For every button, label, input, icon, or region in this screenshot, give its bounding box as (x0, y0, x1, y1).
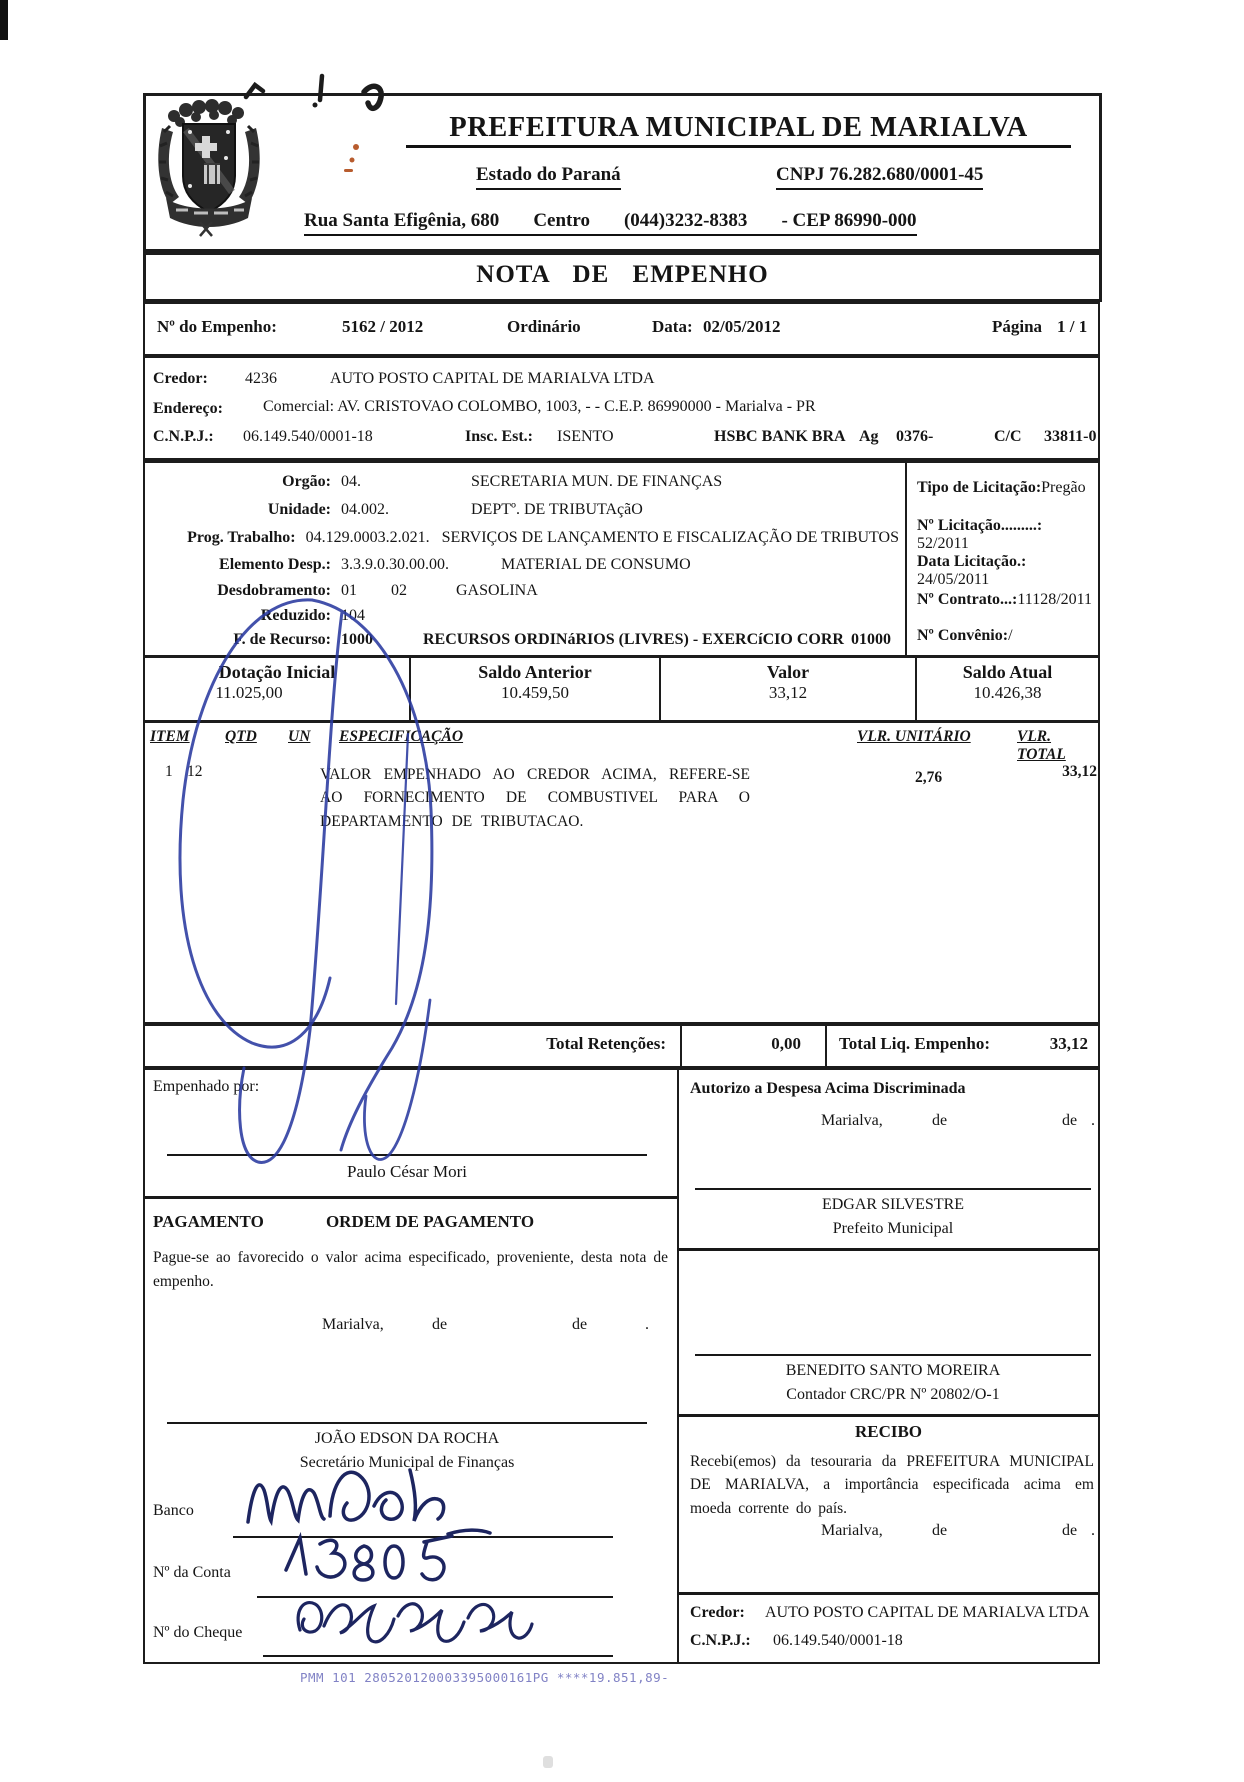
empenho-tipo: Ordinário (507, 317, 581, 337)
credor-nome: AUTO POSTO CAPITAL DE MARIALVA LTDA (330, 370, 655, 388)
licitacao-valor: Pregão (1041, 479, 1085, 496)
classificacao-codigo: 3.3.9.0.30.00.00. (341, 556, 501, 574)
credor-endereco-label: Endereço: (153, 400, 223, 418)
saldo-valor: 10.426,38 (917, 683, 1098, 703)
saldo-header: Dotação Inicial (145, 662, 409, 683)
credor-label: Credor: (153, 370, 208, 388)
item-especificacao: VALOR EMPENHADO AO CREDOR ACIMA, REFERE-… (320, 763, 750, 833)
data-blank-ponto: . (1091, 1522, 1095, 1540)
saldos-box: Dotação Inicial 11.025,00 Saldo Anterior… (143, 656, 1100, 722)
saldo-valor: 33,12 (661, 683, 915, 703)
recibo-credor-nome: AUTO POSTO CAPITAL DE MARIALVA LTDA (765, 1604, 1090, 1622)
pagamento-secao-label: PAGAMENTO (153, 1212, 264, 1232)
prefeito-nome: EDGAR SILVESTRE (695, 1196, 1091, 1214)
licitacao-item: Nº Convênio:/ (917, 627, 1013, 645)
saldo-col-atual: Saldo Atual 10.426,38 (917, 658, 1098, 720)
saldo-header: Saldo Atual (917, 662, 1098, 683)
saldo-col-valor: Valor 33,12 (661, 658, 917, 720)
totais-retencoes-label-cell: Total Retenções: (145, 1026, 680, 1066)
empenho-pagina: 1 / 1 (1057, 317, 1087, 337)
saldo-valor: 11.025,00 (117, 683, 381, 703)
credor-banco: HSBC BANK BRA (714, 428, 846, 446)
coat-of-arms-logo (152, 98, 266, 238)
classificacao-descricao: GASOLINA (456, 582, 538, 600)
classificacao-row: Orgão: 04. SECRETARIA MUN. DE FINANÇAS (149, 473, 899, 491)
classificacao-descricao: DEPTº. DE TRIBUTAçãO (471, 501, 643, 519)
empenho-numero-label: Nº do Empenho: (157, 317, 277, 337)
col-header-vlr-total: VLR. TOTAL (1017, 728, 1098, 764)
licitacao-label: Data Licitação.: (917, 553, 1026, 570)
licitacao-divider (905, 463, 907, 655)
totais-liquido-cell: Total Liq. Empenho: 33,12 (825, 1026, 1098, 1066)
licitacao-item: Tipo de Licitação:Pregão (917, 479, 1086, 497)
empenho-numero: 5162 / 2012 (342, 317, 423, 337)
credor-cc-label: C/C (994, 428, 1022, 446)
cheque-label: Nº do Cheque (153, 1624, 242, 1642)
item-qtd: 12 (187, 763, 203, 781)
classificacao-codigo: 04.129.0003.2.021. (306, 529, 430, 547)
classificacao-box: Orgão: 04. SECRETARIA MUN. DE FINANÇAS U… (143, 460, 1100, 657)
classificacao-label: Desdobramento: (149, 582, 331, 600)
cidade-label: Marialva, (821, 1522, 883, 1540)
assinatura-linha-contador (695, 1354, 1091, 1356)
classificacao-codigo: 104 (341, 607, 365, 625)
classificacao-label: F. de Recurso: (149, 631, 331, 649)
data-blank-de: de (1062, 1112, 1077, 1130)
pagamento-divider (145, 1196, 677, 1199)
header-cep: - CEP 86990-000 (781, 210, 916, 232)
empenhado-assinatura-nome: Paulo César Mori (167, 1162, 647, 1182)
conta-linha (257, 1596, 613, 1598)
header-endereco-line: Rua Santa Efigênia, 680 Centro (044)3232… (304, 210, 917, 236)
licitacao-label: Nº Contrato...: (917, 591, 1017, 608)
classificacao-descricao: MATERIAL DE CONSUMO (501, 556, 691, 574)
secretario-cargo: Secretário Municipal de Finanças (167, 1454, 647, 1472)
scan-edge-artifact (0, 0, 8, 40)
assinatura-linha-prefeito (695, 1188, 1091, 1190)
col-header-espec: ESPECIFICAÇÃO (339, 728, 463, 746)
credor-cnpj: 06.149.540/0001-18 (243, 428, 373, 446)
classificacao-label: Unidade: (149, 501, 331, 519)
empenho-row-box: Nº do Empenho: 5162 / 2012 Ordinário Dat… (143, 302, 1100, 356)
credor-insc: ISENTO (557, 428, 614, 446)
licitacao-valor: 11128/2011 (1017, 591, 1092, 608)
credor-endereco: Comercial: AV. CRISTOVAO COLOMBO, 1003, … (263, 398, 816, 416)
recibo-cnpj-label: C.N.P.J.: (690, 1632, 751, 1650)
recibo-titulo: RECIBO (679, 1422, 1098, 1442)
totais-retencoes-valor-cell: 0,00 (680, 1026, 825, 1066)
data-blank-de: de (1062, 1522, 1077, 1540)
empenho-pagina-label: Página (992, 317, 1042, 337)
header-telefone: (044)3232-8383 (624, 210, 747, 232)
totais-retencoes-valor: 0,00 (771, 1034, 801, 1053)
recibo-cnpj: 06.149.540/0001-18 (773, 1632, 903, 1650)
saldo-header: Valor (661, 662, 915, 683)
saldo-col-anterior: Saldo Anterior 10.459,50 (411, 658, 661, 720)
empenho-data-label: Data: (652, 317, 693, 337)
prefeito-cargo: Prefeito Municipal (695, 1220, 1091, 1238)
contador-nome: BENEDITO SANTO MOREIRA (695, 1362, 1091, 1380)
doc-title: NOTA DE EMPENHO (146, 261, 1099, 289)
licitacao-item: Nº Contrato...:11128/2011 (917, 591, 1092, 609)
classificacao-row: Desdobramento: 01 02 GASOLINA (149, 582, 899, 600)
credor-codigo: 4236 (245, 370, 277, 388)
classificacao-codigo: 04.002. (341, 501, 471, 519)
scan-speck (543, 1756, 553, 1768)
banco-label: Banco (153, 1502, 194, 1520)
col-header-qtd: QTD (225, 728, 257, 746)
pagamento-texto: Pague-se ao favorecido o valor acima esp… (153, 1246, 668, 1294)
licitacao-valor: / (1008, 627, 1012, 644)
classificacao-row: F. de Recurso: 1000 RECURSOS ORDINáRIOS … (149, 631, 899, 649)
header-title: PREFEITURA MUNICIPAL DE MARIALVA (406, 112, 1071, 148)
classificacao-label: Prog. Trabalho: (149, 529, 296, 547)
doc-title-band: NOTA DE EMPENHO (143, 252, 1102, 302)
recibo-credor-label: Credor: (690, 1604, 745, 1622)
empenhado-por-label: Empenhado por: (153, 1078, 259, 1096)
item-vlr-total: 33,12 (1035, 763, 1097, 781)
autorizo-titulo: Autorizo a Despesa Acima Discriminada (690, 1080, 966, 1098)
totais-retencoes-label: Total Retenções: (546, 1034, 666, 1053)
credor-box: Credor: 4236 AUTO POSTO CAPITAL DE MARIA… (143, 356, 1100, 460)
recibo-divider-bottom (677, 1592, 1098, 1595)
classificacao-codigo2: 02 (391, 582, 456, 600)
classificacao-row: Prog. Trabalho: 04.129.0003.2.021. SERVI… (149, 529, 899, 547)
ordem-pagamento-label: ORDEM DE PAGAMENTO (265, 1212, 595, 1232)
assinaturas-box: Empenhado por: Paulo César Mori PAGAMENT… (143, 1068, 1100, 1664)
recibo-texto: Recebi(emos) da tesouraria da PREFEITURA… (690, 1450, 1094, 1520)
cheque-linha (263, 1655, 613, 1657)
data-blank-ponto: . (645, 1316, 649, 1334)
item-vlr-unitario: 2,76 (915, 769, 942, 787)
licitacao-valor: 52/2011 (917, 535, 969, 552)
classificacao-label: Orgão: (149, 473, 331, 491)
licitacao-item: Data Licitação.: 24/05/2011 (917, 553, 1098, 589)
classificacao-codigo: 01 (341, 582, 391, 600)
item-numero: 1 (165, 763, 173, 781)
data-blank-de: de (932, 1112, 947, 1130)
recibo-divider-top (677, 1414, 1098, 1417)
autorizacao-divider (677, 1248, 1098, 1251)
licitacao-label: Nº Licitação.........: (917, 517, 1042, 534)
licitacao-label: Nº Convênio: (917, 627, 1008, 644)
classificacao-row: Unidade: 04.002. DEPTº. DE TRIBUTAçãO (149, 501, 899, 519)
data-blank-de: de (572, 1316, 587, 1334)
saldo-valor: 10.459,50 (411, 683, 659, 703)
classificacao-extra: 01000 (851, 631, 891, 649)
banco-linha (233, 1536, 613, 1538)
licitacao-label: Tipo de Licitação: (917, 479, 1041, 496)
licitacao-valor: 24/05/2011 (917, 571, 989, 588)
coluna-divider (677, 1070, 679, 1662)
data-blank-de: de (432, 1316, 447, 1334)
credor-ag-label: Ag (859, 428, 879, 446)
secretario-nome: JOÃO EDSON DA ROCHA (167, 1430, 647, 1448)
col-header-vlr-unitario: VLR. UNITÁRIO (857, 728, 971, 746)
contador-cargo: Contador CRC/PR Nº 20802/O-1 (695, 1386, 1091, 1404)
classificacao-row: Reduzido: 104 (149, 607, 899, 625)
cidade-label: Marialva, (821, 1112, 883, 1130)
classificacao-codigo: 04. (341, 473, 471, 491)
header-endereco: Rua Santa Efigênia, 680 (304, 210, 499, 232)
classificacao-row: Elemento Desp.: 3.3.9.0.30.00.00. MATERI… (149, 556, 899, 574)
totais-box: Total Retenções: 0,00 Total Liq. Empenho… (143, 1024, 1100, 1068)
classificacao-descricao: SERVIÇOS DE LANÇAMENTO E FISCALIZAÇÃO DE… (442, 529, 899, 547)
credor-ag: 0376- (896, 428, 933, 446)
saldo-header: Saldo Anterior (411, 662, 659, 683)
header-estado: Estado do Paraná (476, 164, 621, 190)
credor-insc-label: Insc. Est.: (465, 428, 533, 446)
classificacao-descricao: RECURSOS ORDINáRIOS (LIVRES) - EXERCíCIO… (423, 631, 844, 649)
header-cnpj: CNPJ 76.282.680/0001-45 (776, 164, 983, 190)
classificacao-label: Elemento Desp.: (149, 556, 331, 574)
assinatura-linha-empenhado (167, 1154, 647, 1156)
col-header-un: UN (288, 728, 310, 746)
credor-cnpj-label: C.N.P.J.: (153, 428, 214, 446)
header-bairro: Centro (533, 210, 590, 232)
header-box: PREFEITURA MUNICIPAL DE MARIALVA Estado … (143, 93, 1102, 252)
conta-label: Nº da Conta (153, 1564, 231, 1582)
data-blank-de: de (932, 1522, 947, 1540)
classificacao-codigo: 1000 (341, 631, 423, 649)
itens-box: ITEM QTD UN ESPECIFICAÇÃO VLR. UNITÁRIO … (143, 721, 1100, 1024)
totais-liquido-label: Total Liq. Empenho: (839, 1034, 990, 1066)
col-header-item: ITEM (150, 728, 190, 746)
credor-cc: 33811-0 (1044, 428, 1096, 446)
cidade-label: Marialva, (322, 1316, 384, 1334)
licitacao-item: Nº Licitação.........: 52/2011 (917, 517, 1098, 553)
scanned-document-page: PREFEITURA MUNICIPAL DE MARIALVA Estado … (0, 0, 1244, 1782)
saldo-col-dotacao: Dotação Inicial 11.025,00 (145, 658, 411, 720)
classificacao-label: Reduzido: (149, 607, 331, 625)
classificacao-descricao: SECRETARIA MUN. DE FINANÇAS (471, 473, 722, 491)
data-blank-ponto: . (1091, 1112, 1095, 1130)
assinatura-linha-secretario (167, 1422, 647, 1424)
autenticacao-bancaria-stamp: PMM 101 280520120003395000161PG ****19.8… (300, 1670, 669, 1685)
empenho-data: 02/05/2012 (703, 317, 780, 337)
totais-liquido-valor: 33,12 (1050, 1034, 1088, 1066)
